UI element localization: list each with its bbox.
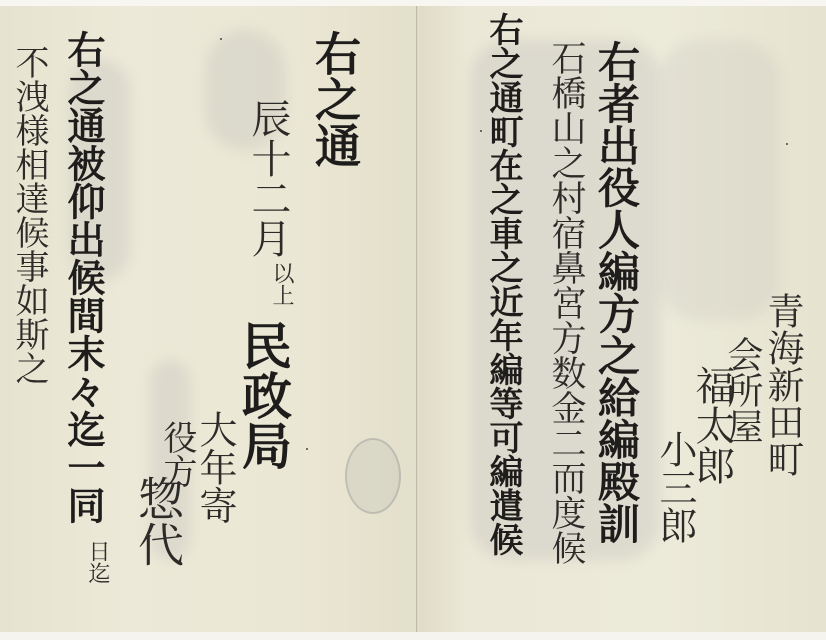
paper-speck bbox=[480, 130, 482, 132]
manuscript-photo: 青海新田町 会所屋 福太郎 小三郎 右者出役人編方之給編殿訓 石橋山之村宿鼻宮方… bbox=[0, 0, 826, 640]
column-left-second: 不洩様相達候事如斯之 bbox=[12, 45, 46, 385]
ink-bleed bbox=[660, 40, 780, 320]
column-left-main: 右之通被仰出候間末々迄一同 bbox=[64, 30, 102, 524]
column-left-heading: 右之通 bbox=[312, 30, 358, 168]
column-date: 辰十二月 bbox=[248, 98, 288, 258]
column-text-r5: 右者出役人編方之給編殿訓 bbox=[595, 40, 637, 544]
column-minseikyoku: 民政局 bbox=[238, 320, 288, 470]
bottom-margin bbox=[0, 632, 826, 640]
column-name-fukutaro: 福太郎 bbox=[692, 365, 732, 485]
column-left-trailing: 日迄 bbox=[86, 540, 108, 584]
column-text-r6: 石橋山之村宿鼻宮方数金二而度候 bbox=[548, 40, 583, 565]
column-address: 青海新田町 bbox=[764, 292, 801, 477]
column-text-r7: 右之通町在之車之近年編等可編遣候 bbox=[486, 12, 520, 556]
seal-impression bbox=[345, 438, 401, 514]
paper-speck bbox=[220, 38, 222, 40]
column-name-kosaburo: 小三郎 bbox=[656, 430, 694, 544]
column-sodai: 惣代 bbox=[135, 475, 181, 567]
column-otoshiyori: 大年寄 bbox=[196, 410, 234, 524]
center-fold-line bbox=[416, 6, 419, 632]
paper-speck bbox=[306, 448, 308, 450]
paper-speck bbox=[786, 143, 788, 145]
column-ijo: 以上 bbox=[270, 262, 292, 306]
